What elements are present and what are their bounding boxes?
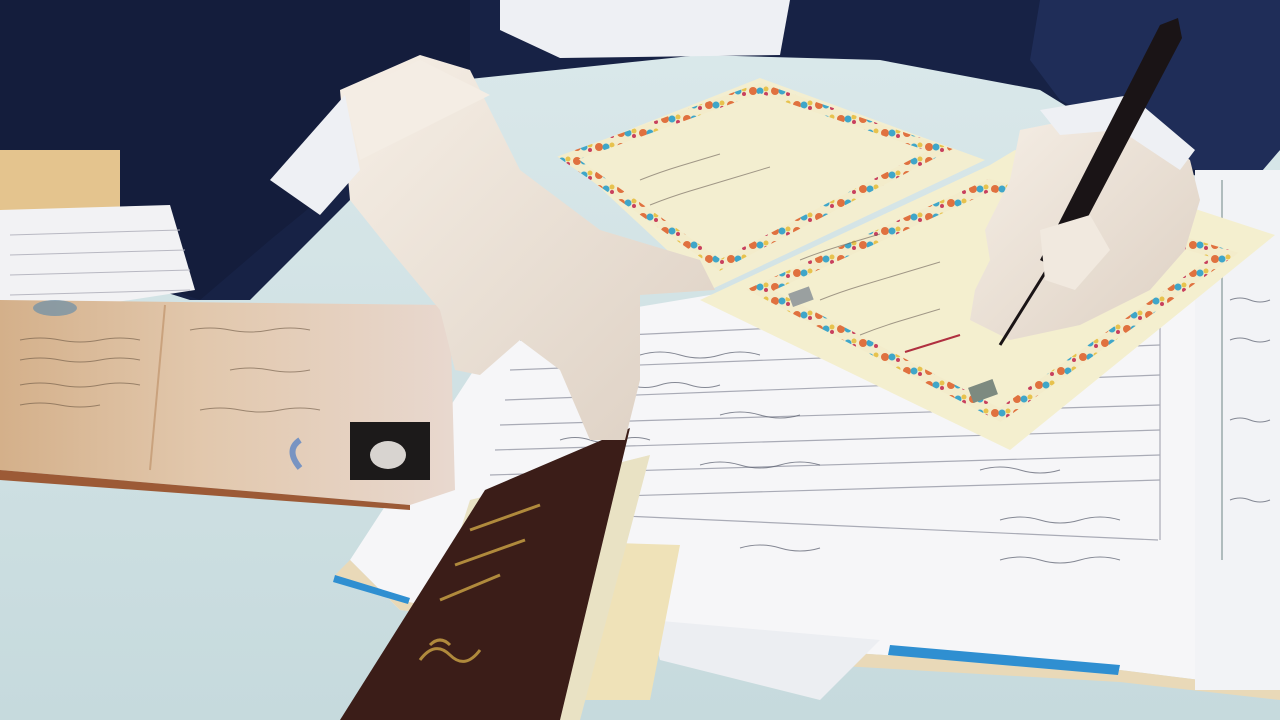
white-shirt (500, 0, 790, 58)
folder-stack (0, 150, 120, 210)
photo-scene: Gloved hands filling out an official reg… (0, 0, 1280, 720)
identity-booklet (0, 300, 455, 510)
scene-canvas (0, 0, 1280, 720)
